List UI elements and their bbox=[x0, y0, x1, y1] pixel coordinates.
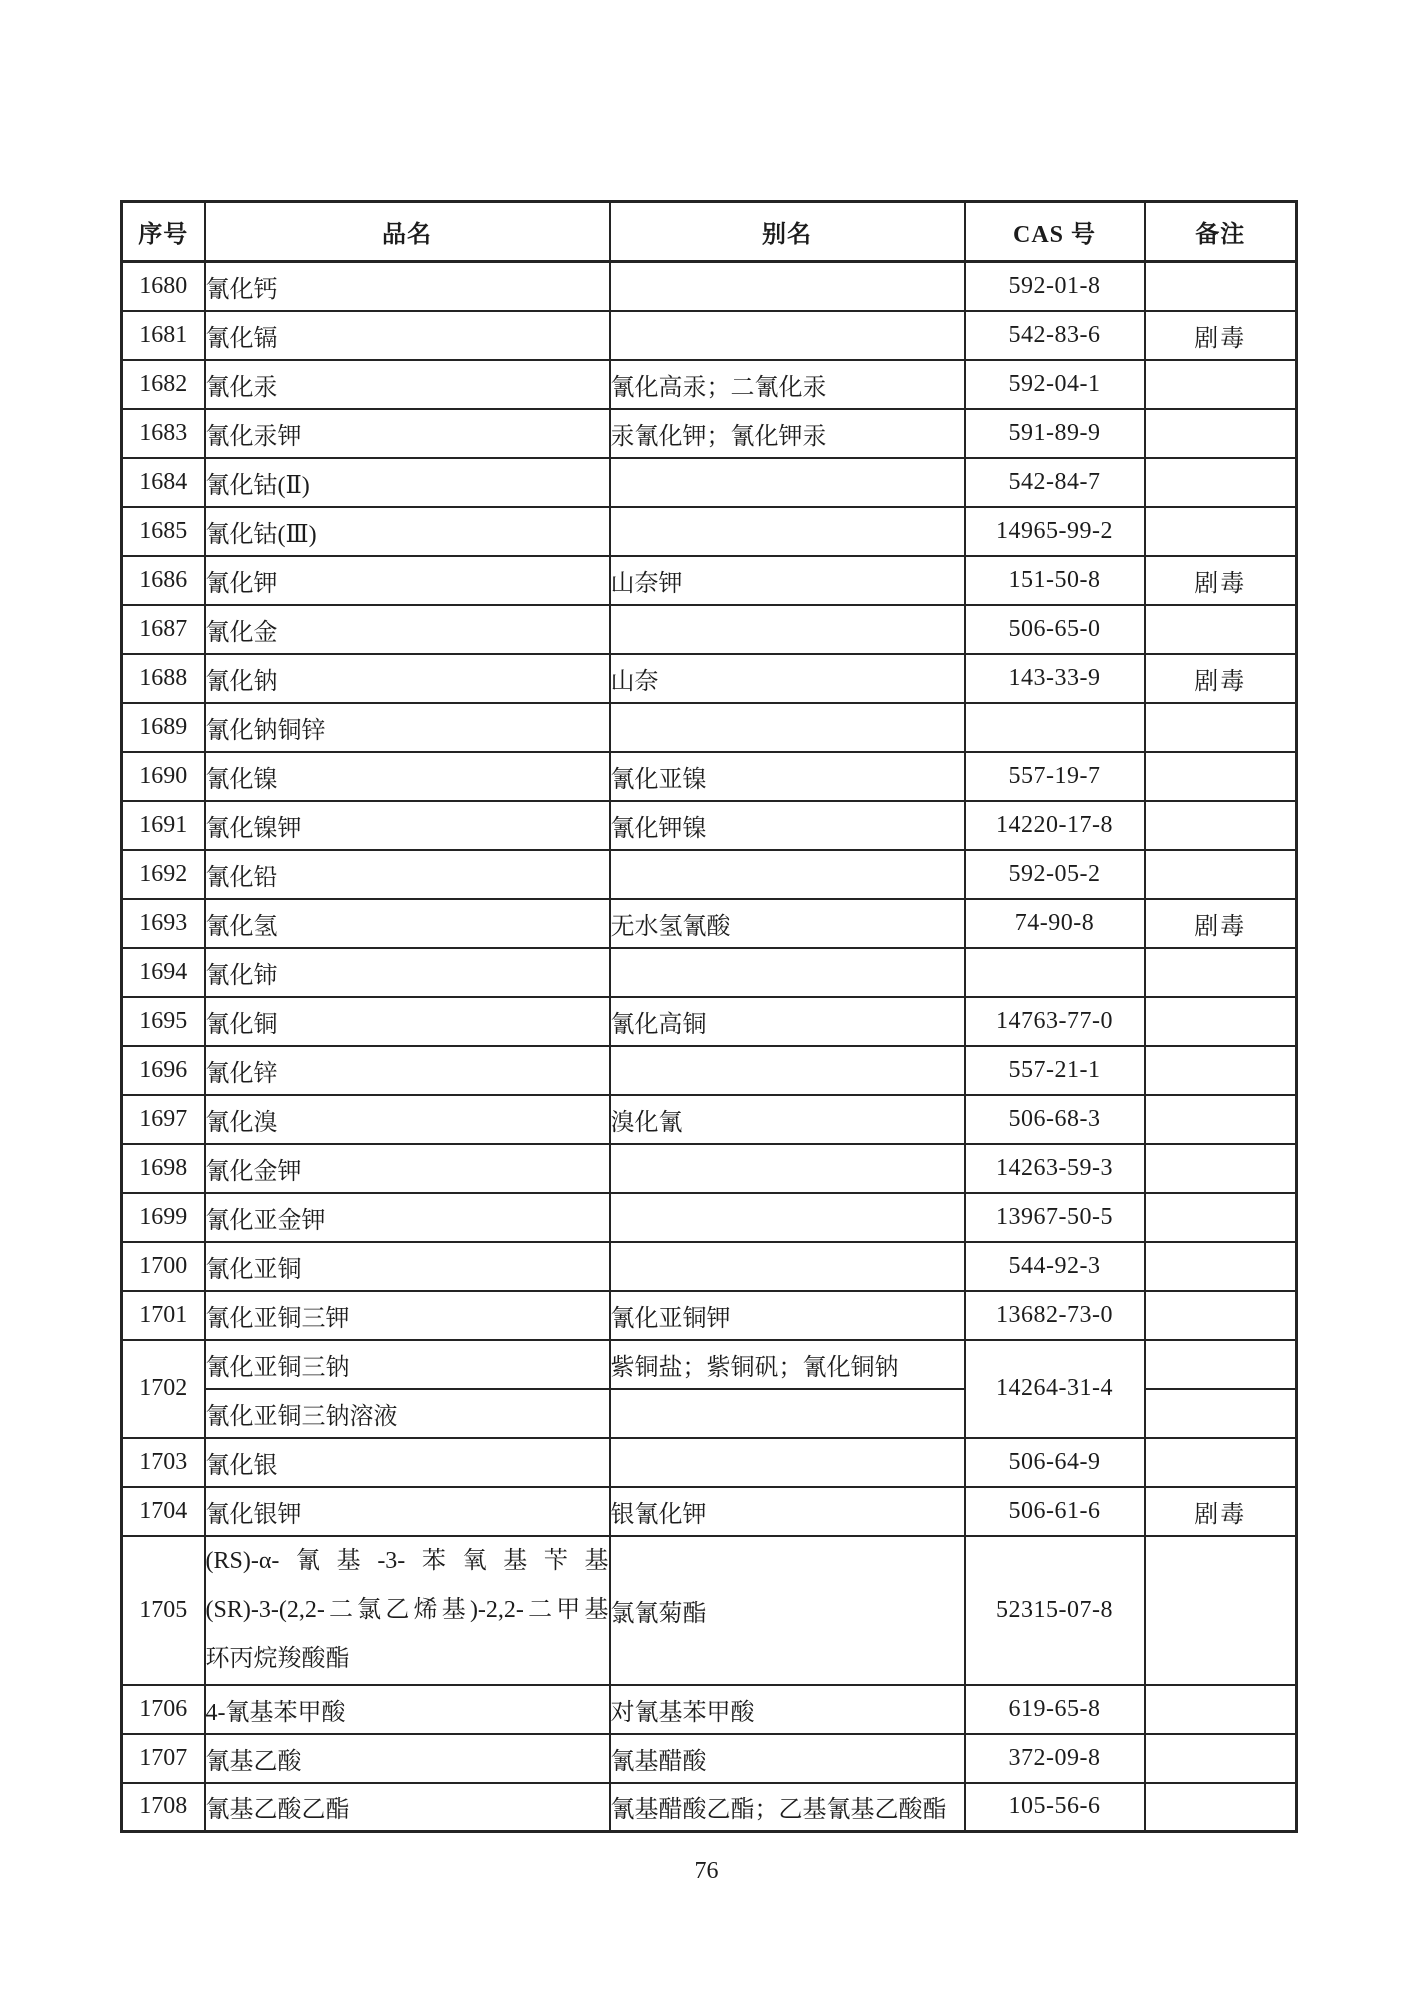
remark-cell bbox=[1145, 1340, 1297, 1389]
name-cell: 氰化铜 bbox=[205, 997, 610, 1046]
index-cell: 1695 bbox=[122, 997, 205, 1046]
column-header-remark: 备注 bbox=[1145, 202, 1297, 262]
name-cell: 氰化汞钾 bbox=[205, 409, 610, 458]
name-cell: 氰化亚金钾 bbox=[205, 1193, 610, 1242]
name-cell: 氰化银 bbox=[205, 1438, 610, 1487]
table-row: 1704氰化银钾银氰化钾506-61-6剧毒 bbox=[122, 1487, 1297, 1536]
name-cell: 氰化镍钾 bbox=[205, 801, 610, 850]
cas-cell: 14763-77-0 bbox=[965, 997, 1145, 1046]
name-cell: 氰化钴(Ⅲ) bbox=[205, 507, 610, 556]
cas-cell bbox=[965, 703, 1145, 752]
name-cell: 氰化金钾 bbox=[205, 1144, 610, 1193]
remark-cell bbox=[1145, 850, 1297, 899]
index-cell: 1693 bbox=[122, 899, 205, 948]
name-cell: 氰化镍 bbox=[205, 752, 610, 801]
name-cell: 氰化汞 bbox=[205, 360, 610, 409]
name-cell: 氰化钾 bbox=[205, 556, 610, 605]
header-row: 序号 品名 别名 CAS 号 备注 bbox=[122, 202, 1297, 262]
cas-cell: 52315-07-8 bbox=[965, 1536, 1145, 1685]
alias-cell bbox=[610, 1046, 965, 1095]
name-cell: 氰基乙酸 bbox=[205, 1734, 610, 1783]
cas-cell: 14965-99-2 bbox=[965, 507, 1145, 556]
name-cell: 氰化钠铜锌 bbox=[205, 703, 610, 752]
cas-cell: 14220-17-8 bbox=[965, 801, 1145, 850]
name-line: (SR)-3-(2,2-二氯乙烯基)-2,2-二甲基 bbox=[206, 1586, 609, 1635]
index-cell: 1696 bbox=[122, 1046, 205, 1095]
name-cell: 氰化镉 bbox=[205, 311, 610, 360]
table-row: 1698氰化金钾14263-59-3 bbox=[122, 1144, 1297, 1193]
name-cell: 氰化亚铜三钠 bbox=[205, 1340, 610, 1389]
cas-cell: 506-61-6 bbox=[965, 1487, 1145, 1536]
cas-cell: 14264-31-4 bbox=[965, 1340, 1145, 1438]
remark-cell bbox=[1145, 262, 1297, 311]
cas-cell: 557-21-1 bbox=[965, 1046, 1145, 1095]
name-cell: 4-氰基苯甲酸 bbox=[205, 1685, 610, 1734]
remark-cell bbox=[1145, 1438, 1297, 1487]
cas-cell: 592-04-1 bbox=[965, 360, 1145, 409]
alias-cell: 山奈 bbox=[610, 654, 965, 703]
index-cell: 1681 bbox=[122, 311, 205, 360]
index-cell: 1706 bbox=[122, 1685, 205, 1734]
name-cell: 氰化钠 bbox=[205, 654, 610, 703]
name-cell: 氰化溴 bbox=[205, 1095, 610, 1144]
table-row: 1691氰化镍钾氰化钾镍14220-17-8 bbox=[122, 801, 1297, 850]
cas-cell: 592-01-8 bbox=[965, 262, 1145, 311]
name-cell: 氰基乙酸乙酯 bbox=[205, 1783, 610, 1832]
name-line: (RS)-α-氰基-3-苯氧基苄基 bbox=[206, 1537, 609, 1586]
alias-cell: 汞氰化钾；氰化钾汞 bbox=[610, 409, 965, 458]
alias-cell: 氰化亚铜钾 bbox=[610, 1291, 965, 1340]
table-row: 1681氰化镉542-83-6剧毒 bbox=[122, 311, 1297, 360]
remark-cell bbox=[1145, 703, 1297, 752]
table-row: 1685氰化钴(Ⅲ)14965-99-2 bbox=[122, 507, 1297, 556]
cas-cell: 544-92-3 bbox=[965, 1242, 1145, 1291]
cas-cell: 14263-59-3 bbox=[965, 1144, 1145, 1193]
remark-cell bbox=[1145, 1685, 1297, 1734]
cas-cell: 542-84-7 bbox=[965, 458, 1145, 507]
name-cell: 氰化钙 bbox=[205, 262, 610, 311]
cas-cell: 13967-50-5 bbox=[965, 1193, 1145, 1242]
index-cell: 1697 bbox=[122, 1095, 205, 1144]
cas-cell: 151-50-8 bbox=[965, 556, 1145, 605]
chemical-table-container: 序号 品名 别名 CAS 号 备注 1680氰化钙592-01-81681氰化镉… bbox=[120, 200, 1298, 1833]
table-row: 1702氰化亚铜三钠紫铜盐；紫铜矾；氰化铜钠14264-31-4 bbox=[122, 1340, 1297, 1389]
remark-cell bbox=[1145, 1046, 1297, 1095]
alias-cell bbox=[610, 458, 965, 507]
alias-cell: 氰化高铜 bbox=[610, 997, 965, 1046]
alias-cell bbox=[610, 948, 965, 997]
table-row: 1684氰化钴(Ⅱ)542-84-7 bbox=[122, 458, 1297, 507]
index-cell: 1701 bbox=[122, 1291, 205, 1340]
alias-cell bbox=[610, 1193, 965, 1242]
index-cell: 1686 bbox=[122, 556, 205, 605]
alias-cell bbox=[610, 1144, 965, 1193]
table-row: 1683氰化汞钾汞氰化钾；氰化钾汞591-89-9 bbox=[122, 409, 1297, 458]
cas-cell: 143-33-9 bbox=[965, 654, 1145, 703]
alias-cell: 氯氰菊酯 bbox=[610, 1536, 965, 1685]
cas-cell: 74-90-8 bbox=[965, 899, 1145, 948]
alias-cell: 氰基醋酸 bbox=[610, 1734, 965, 1783]
alias-cell: 无水氢氰酸 bbox=[610, 899, 965, 948]
index-cell: 1702 bbox=[122, 1340, 205, 1438]
index-cell: 1700 bbox=[122, 1242, 205, 1291]
alias-cell bbox=[610, 507, 965, 556]
cas-cell: 105-56-6 bbox=[965, 1783, 1145, 1832]
table-row: 1703氰化银506-64-9 bbox=[122, 1438, 1297, 1487]
table-row: 1688氰化钠山奈143-33-9剧毒 bbox=[122, 654, 1297, 703]
remark-cell: 剧毒 bbox=[1145, 1487, 1297, 1536]
cas-cell: 542-83-6 bbox=[965, 311, 1145, 360]
alias-cell: 溴化氰 bbox=[610, 1095, 965, 1144]
alias-cell bbox=[610, 850, 965, 899]
name-cell: 氰化亚铜 bbox=[205, 1242, 610, 1291]
table-row: 1690氰化镍氰化亚镍557-19-7 bbox=[122, 752, 1297, 801]
alias-cell bbox=[610, 311, 965, 360]
remark-cell bbox=[1145, 752, 1297, 801]
table-row: 1700氰化亚铜544-92-3 bbox=[122, 1242, 1297, 1291]
table-row: 1689氰化钠铜锌 bbox=[122, 703, 1297, 752]
cas-cell: 372-09-8 bbox=[965, 1734, 1145, 1783]
index-cell: 1682 bbox=[122, 360, 205, 409]
remark-cell bbox=[1145, 1783, 1297, 1832]
cas-cell: 13682-73-0 bbox=[965, 1291, 1145, 1340]
column-header-alias: 别名 bbox=[610, 202, 965, 262]
table-row: 1697氰化溴溴化氰506-68-3 bbox=[122, 1095, 1297, 1144]
remark-cell bbox=[1145, 997, 1297, 1046]
table-row: 1682氰化汞氰化高汞；二氰化汞592-04-1 bbox=[122, 360, 1297, 409]
alias-cell: 山奈钾 bbox=[610, 556, 965, 605]
alias-cell bbox=[610, 703, 965, 752]
index-cell: 1691 bbox=[122, 801, 205, 850]
cas-cell: 591-89-9 bbox=[965, 409, 1145, 458]
cas-cell bbox=[965, 948, 1145, 997]
name-cell: 氰化银钾 bbox=[205, 1487, 610, 1536]
cas-cell: 619-65-8 bbox=[965, 1685, 1145, 1734]
remark-cell bbox=[1145, 605, 1297, 654]
name-cell: 氰化亚铜三钠溶液 bbox=[205, 1389, 610, 1438]
alias-cell bbox=[610, 1438, 965, 1487]
table-row: 1708氰基乙酸乙酯氰基醋酸乙酯；乙基氰基乙酸酯105-56-6 bbox=[122, 1783, 1297, 1832]
alias-cell: 紫铜盐；紫铜矾；氰化铜钠 bbox=[610, 1340, 965, 1389]
index-cell: 1687 bbox=[122, 605, 205, 654]
name-cell: 氰化铈 bbox=[205, 948, 610, 997]
cas-cell: 506-68-3 bbox=[965, 1095, 1145, 1144]
name-cell: 氰化钴(Ⅱ) bbox=[205, 458, 610, 507]
cas-cell: 506-64-9 bbox=[965, 1438, 1145, 1487]
remark-cell bbox=[1145, 1536, 1297, 1685]
alias-cell bbox=[610, 605, 965, 654]
remark-cell bbox=[1145, 1389, 1297, 1438]
table-row: 1705(RS)-α-氰基-3-苯氧基苄基(SR)-3-(2,2-二氯乙烯基)-… bbox=[122, 1536, 1297, 1685]
index-cell: 1688 bbox=[122, 654, 205, 703]
index-cell: 1685 bbox=[122, 507, 205, 556]
cas-cell: 506-65-0 bbox=[965, 605, 1145, 654]
name-cell: 氰化氢 bbox=[205, 899, 610, 948]
cas-cell: 557-19-7 bbox=[965, 752, 1145, 801]
index-cell: 1694 bbox=[122, 948, 205, 997]
remark-cell bbox=[1145, 1095, 1297, 1144]
index-cell: 1704 bbox=[122, 1487, 205, 1536]
remark-cell bbox=[1145, 948, 1297, 997]
remark-cell bbox=[1145, 801, 1297, 850]
column-header-cas: CAS 号 bbox=[965, 202, 1145, 262]
alias-cell: 对氰基苯甲酸 bbox=[610, 1685, 965, 1734]
remark-cell: 剧毒 bbox=[1145, 311, 1297, 360]
remark-cell: 剧毒 bbox=[1145, 654, 1297, 703]
name-cell: 氰化亚铜三钾 bbox=[205, 1291, 610, 1340]
alias-cell: 氰化亚镍 bbox=[610, 752, 965, 801]
page-number: 76 bbox=[0, 1858, 1413, 1885]
index-cell: 1690 bbox=[122, 752, 205, 801]
index-cell: 1708 bbox=[122, 1783, 205, 1832]
index-cell: 1680 bbox=[122, 262, 205, 311]
index-cell: 1699 bbox=[122, 1193, 205, 1242]
name-cell: 氰化金 bbox=[205, 605, 610, 654]
alias-cell bbox=[610, 1242, 965, 1291]
column-header-name: 品名 bbox=[205, 202, 610, 262]
alias-cell: 银氰化钾 bbox=[610, 1487, 965, 1536]
index-cell: 1684 bbox=[122, 458, 205, 507]
remark-cell: 剧毒 bbox=[1145, 556, 1297, 605]
index-cell: 1703 bbox=[122, 1438, 205, 1487]
remark-cell bbox=[1145, 409, 1297, 458]
table-row: 1707氰基乙酸氰基醋酸372-09-8 bbox=[122, 1734, 1297, 1783]
remark-cell bbox=[1145, 1144, 1297, 1193]
remark-cell bbox=[1145, 360, 1297, 409]
remark-cell bbox=[1145, 458, 1297, 507]
remark-cell bbox=[1145, 1291, 1297, 1340]
remark-cell bbox=[1145, 507, 1297, 556]
cas-cell: 592-05-2 bbox=[965, 850, 1145, 899]
name-cell: 氰化锌 bbox=[205, 1046, 610, 1095]
table-row: 1694氰化铈 bbox=[122, 948, 1297, 997]
remark-cell bbox=[1145, 1193, 1297, 1242]
table-row: 1680氰化钙592-01-8 bbox=[122, 262, 1297, 311]
remark-cell: 剧毒 bbox=[1145, 899, 1297, 948]
index-cell: 1698 bbox=[122, 1144, 205, 1193]
table-row: 1701氰化亚铜三钾氰化亚铜钾13682-73-0 bbox=[122, 1291, 1297, 1340]
remark-cell bbox=[1145, 1242, 1297, 1291]
table-row: 1692氰化铅592-05-2 bbox=[122, 850, 1297, 899]
table-row: 1696氰化锌557-21-1 bbox=[122, 1046, 1297, 1095]
alias-cell bbox=[610, 262, 965, 311]
table-row: 1695氰化铜氰化高铜14763-77-0 bbox=[122, 997, 1297, 1046]
alias-cell bbox=[610, 1389, 965, 1438]
column-header-index: 序号 bbox=[122, 202, 205, 262]
table-body: 1680氰化钙592-01-81681氰化镉542-83-6剧毒1682氰化汞氰… bbox=[122, 262, 1297, 1832]
remark-cell bbox=[1145, 1734, 1297, 1783]
index-cell: 1707 bbox=[122, 1734, 205, 1783]
data-table: 序号 品名 别名 CAS 号 备注 1680氰化钙592-01-81681氰化镉… bbox=[120, 200, 1298, 1833]
alias-cell: 氰基醋酸乙酯；乙基氰基乙酸酯 bbox=[610, 1783, 965, 1832]
name-cell: 氰化铅 bbox=[205, 850, 610, 899]
table-row: 17064-氰基苯甲酸对氰基苯甲酸619-65-8 bbox=[122, 1685, 1297, 1734]
table-row: 1699氰化亚金钾13967-50-5 bbox=[122, 1193, 1297, 1242]
name-line: 环丙烷羧酸酯 bbox=[206, 1635, 609, 1684]
table-row: 1687氰化金506-65-0 bbox=[122, 605, 1297, 654]
index-cell: 1683 bbox=[122, 409, 205, 458]
alias-cell: 氰化高汞；二氰化汞 bbox=[610, 360, 965, 409]
index-cell: 1705 bbox=[122, 1536, 205, 1685]
table-row: 1686氰化钾山奈钾151-50-8剧毒 bbox=[122, 556, 1297, 605]
index-cell: 1689 bbox=[122, 703, 205, 752]
table-row: 1693氰化氢无水氢氰酸74-90-8剧毒 bbox=[122, 899, 1297, 948]
index-cell: 1692 bbox=[122, 850, 205, 899]
name-cell: (RS)-α-氰基-3-苯氧基苄基(SR)-3-(2,2-二氯乙烯基)-2,2-… bbox=[205, 1536, 610, 1685]
alias-cell: 氰化钾镍 bbox=[610, 801, 965, 850]
